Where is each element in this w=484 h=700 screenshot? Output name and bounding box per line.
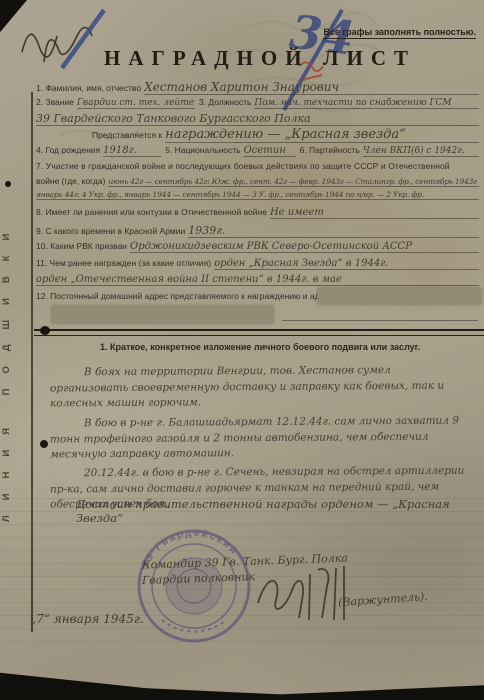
form-left-border bbox=[31, 92, 33, 632]
ink-blot-2 bbox=[40, 440, 48, 448]
field-8-row: 8. Имеет ли ранения или контузии в Отече… bbox=[36, 207, 479, 219]
field-10-value: Орджоникидзевским РВК Северо-Осетинской … bbox=[130, 241, 479, 253]
field-7-value-line2: январь 44г: 4 Укр. фр., январь 1944 — се… bbox=[36, 190, 479, 200]
field-7-label-line2: войне (где, когда) bbox=[36, 176, 105, 186]
citation-paragraph-1: В боях на территории Венгрии, тов. Хеста… bbox=[50, 363, 470, 412]
ink-blot bbox=[40, 326, 50, 335]
field-1-value: Хестанов Харитон Знаурович bbox=[144, 80, 479, 95]
field-6-value: Член ВКП(б) с 1942г. bbox=[363, 146, 479, 157]
field-8-value: Не имеет bbox=[270, 207, 479, 219]
section-separator bbox=[34, 329, 484, 336]
field-4-label: 4. Год рождения bbox=[36, 145, 100, 155]
field-9-value: 1939г. bbox=[188, 224, 479, 238]
field-2-value: Гвардии ст. тех. лейтенант bbox=[77, 98, 195, 109]
citation-paragraph-2: В бою в р-не г. Балашшадьярмат 12.12.44г… bbox=[50, 413, 470, 462]
field-5-value: Осетин bbox=[244, 145, 296, 157]
punch-hole bbox=[5, 181, 11, 187]
citation-conclusion: Достоин правительственной награды ордено… bbox=[76, 497, 484, 525]
field-3-value-continuation: 39 Гвардейского Танкового Бургасского По… bbox=[36, 112, 479, 126]
field-7-label-line1: 7. Участие в гражданской войне и последу… bbox=[36, 161, 450, 171]
document-title: НАГРАДНОЙ ЛИСТ bbox=[40, 46, 480, 71]
presented-for-value: награждению — „Красная звезда“ bbox=[165, 127, 479, 143]
field-11-value-line2: орден „Отечественная война II степени“ в… bbox=[36, 274, 479, 286]
presented-for-row: Представляется к награждению — „Красная … bbox=[36, 127, 479, 143]
document-date: „7“ января 1945г. bbox=[30, 612, 144, 626]
fields-4-5-6-row: 4. Год рождения 1918г. 5. Национальность… bbox=[36, 145, 479, 157]
field-4-value: 1918г. bbox=[103, 145, 161, 157]
paper-sheet: ЛИНИЯ ПОДШИВКИ 34 Все графы заполнять по… bbox=[0, 0, 484, 700]
field-6-label: 6. Партийность bbox=[300, 145, 360, 155]
field-9-row: 9. С какого времени в Красной Армии 1939… bbox=[36, 224, 479, 238]
field-11-row: 11. Чем ранее награжден (за какие отличи… bbox=[36, 258, 479, 270]
field-7-value-row2: январь 44г: 4 Укр. фр., январь 1944 — се… bbox=[36, 190, 479, 200]
pencil-scribble bbox=[8, 4, 168, 84]
field-3-continuation-row: 39 Гвардейского Танкового Бургасского По… bbox=[36, 112, 479, 126]
scanned-award-sheet: ЛИНИЯ ПОДШИВКИ 34 Все графы заполнять по… bbox=[0, 0, 484, 700]
field-9-label: 9. С какого времени в Красной Армии bbox=[36, 226, 185, 236]
field-2-3-row: 2. Звание Гвардии ст. тех. лейтенант 3. … bbox=[36, 97, 479, 109]
field-3-value: Пом. нач. техчасти по снабжению ГСМ bbox=[254, 98, 479, 109]
citation-body: В боях на территории Венгрии, тов. Хеста… bbox=[50, 364, 470, 516]
field-1-label: 1. Фамилия, имя, отчество bbox=[36, 83, 141, 93]
field-7-value-row1: войне (где, когда) июнь 42г — сентябрь 4… bbox=[36, 176, 479, 187]
field-1-row: 1. Фамилия, имя, отчество Хестанов Харит… bbox=[36, 80, 479, 95]
presented-for-label: Представляется к bbox=[92, 130, 162, 140]
field-3-label: 3. Должность bbox=[199, 97, 251, 107]
field-12-blank-line bbox=[282, 306, 478, 321]
field-11-label: 11. Чем ранее награжден (за какие отличи… bbox=[36, 258, 211, 268]
field-7-value-line1: июнь 42г — сентябрь 42г: Юж. фр., сент. … bbox=[108, 177, 479, 187]
field-7-label-row: 7. Участие в гражданской войне и последу… bbox=[36, 161, 479, 171]
field-2-label: 2. Звание bbox=[36, 97, 74, 107]
citation-heading: 1. Краткое, конкретное изложение личного… bbox=[36, 342, 484, 352]
field-10-label: 10. Каким РВК призван bbox=[36, 241, 127, 251]
field-5-label: 5. Национальность bbox=[165, 145, 240, 155]
field-10-row: 10. Каким РВК призван Орджоникидзевским … bbox=[36, 241, 479, 253]
field-11-value-line1: орден „Красная Звезда“ в 1944г. bbox=[214, 258, 479, 270]
redaction-box-2 bbox=[52, 306, 273, 323]
field-11-row2: орден „Отечественная война II степени“ в… bbox=[36, 274, 479, 286]
field-8-label: 8. Имеет ли ранения или контузии в Отече… bbox=[36, 207, 267, 217]
fill-all-fields-note: Все графы заполнять полностью. bbox=[323, 27, 476, 39]
redaction-box-1 bbox=[318, 288, 481, 304]
